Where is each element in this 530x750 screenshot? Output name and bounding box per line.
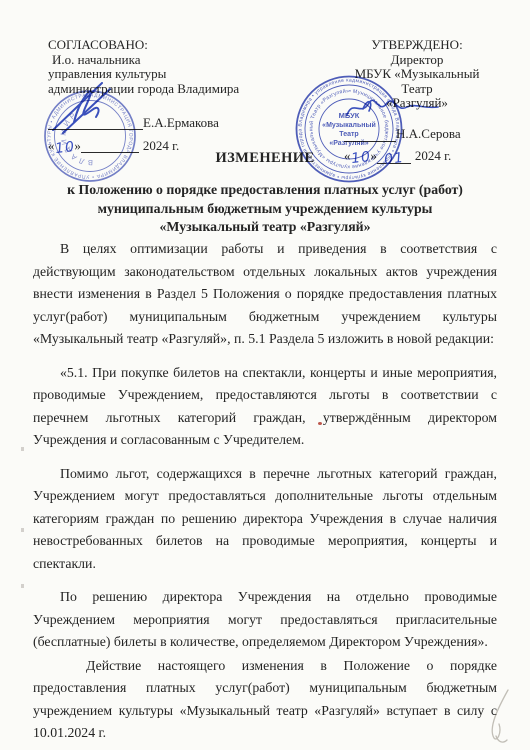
approved-line-2: МБУК «Музыкальный Театр bbox=[338, 67, 496, 96]
agreed-heading: СОГЛАСОВАНО: bbox=[48, 38, 288, 53]
subtitle-line-1: к Положению о порядке предоставления пла… bbox=[0, 181, 530, 200]
paragraph-4: По решению директора Учреждения на отдел… bbox=[33, 586, 497, 654]
scan-artifact bbox=[21, 528, 24, 532]
scan-artifact bbox=[21, 447, 24, 451]
signature-line bbox=[344, 128, 396, 142]
subtitle-line-3: «Музыкальный театр «Разгуляй» bbox=[0, 218, 530, 237]
approved-signature-row: Н.А.Серова bbox=[338, 124, 496, 142]
approved-heading: УТВЕРЖДЕНО: bbox=[338, 38, 496, 53]
agreed-signature-row: Е.А.Ермакова bbox=[48, 112, 288, 130]
approved-line-3: «Разгуляй» bbox=[338, 96, 496, 111]
signature-line bbox=[48, 116, 143, 130]
document-page: СОГЛАСОВАНО: И.о. начальника управления … bbox=[0, 0, 530, 750]
approved-signer-name: Н.А.Серова bbox=[396, 127, 461, 142]
scan-artifact bbox=[21, 584, 24, 588]
paragraph-3: Помимо льгот, содержащихся в перечне льг… bbox=[33, 463, 497, 576]
agreed-signer-name: Е.А.Ермакова bbox=[143, 116, 219, 131]
agreed-line-3: администрации города Владимира bbox=[48, 82, 288, 97]
document-body: В целях оптимизации работы и приведения … bbox=[33, 238, 497, 745]
subtitle-line-2: муниципальным бюджетным учреждением куль… bbox=[0, 200, 530, 219]
approved-line-1: Директор bbox=[338, 53, 496, 68]
approved-block: УТВЕРЖДЕНО: Директор МБУК «Музыкальный Т… bbox=[338, 38, 496, 164]
paragraph-1: В целях оптимизации работы и приведения … bbox=[33, 238, 497, 351]
document-subtitle: к Положению о порядке предоставления пла… bbox=[0, 181, 530, 237]
red-ink-dot bbox=[318, 422, 322, 425]
agreed-line-2: управления культуры bbox=[48, 67, 288, 82]
paragraph-2: «5.1. При покупке билетов на спектакли, … bbox=[33, 362, 497, 452]
paragraph-5: Действие настоящего изменения в Положени… bbox=[33, 655, 497, 745]
agreed-line-1: И.о. начальника bbox=[48, 53, 288, 68]
document-title: ИЗМЕНЕНИЕ bbox=[0, 150, 530, 167]
agreed-block: СОГЛАСОВАНО: И.о. начальника управления … bbox=[48, 38, 288, 153]
